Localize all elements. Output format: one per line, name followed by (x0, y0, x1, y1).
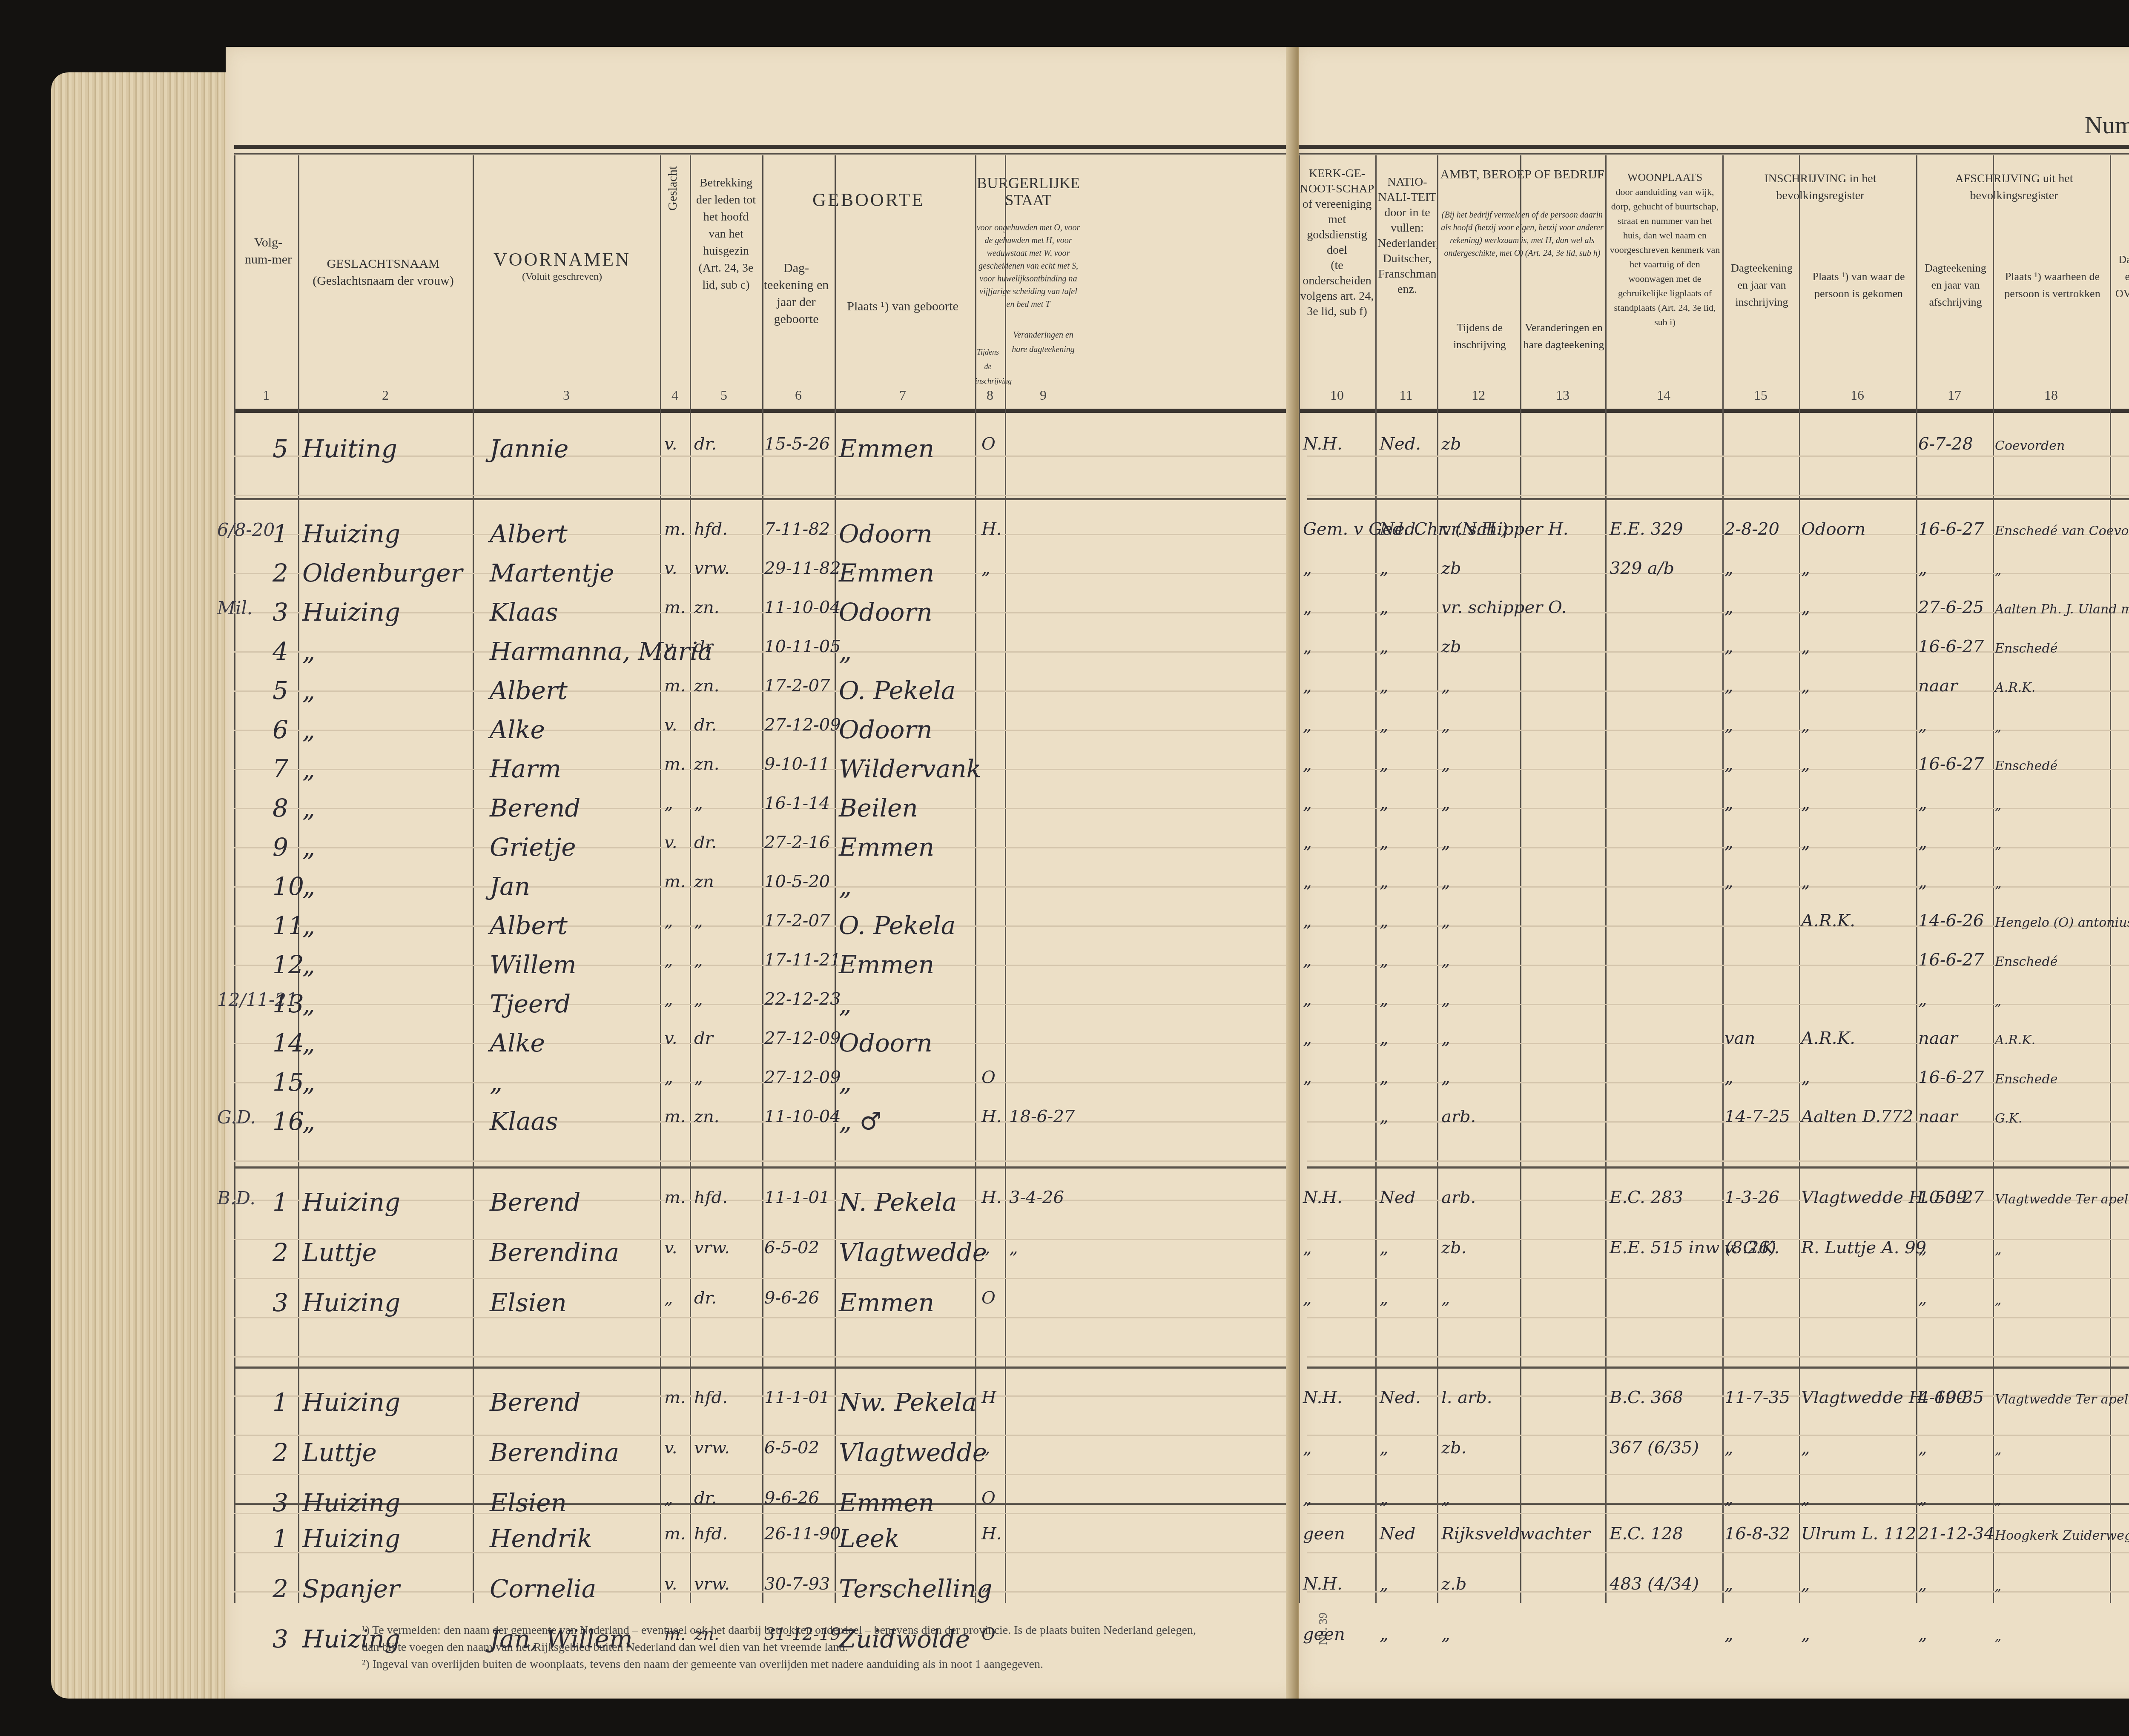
cell-achternaam: Huizing (302, 1624, 400, 1653)
cell-achternaam: Huizing (302, 1388, 400, 1417)
cell-bs: O (981, 1068, 996, 1087)
cell-inschr-datum: „ (1724, 1068, 1733, 1087)
column-number: 18 (2038, 387, 2064, 403)
cell-afschr-plaats: „ (1995, 563, 2002, 578)
cell-geb-plaats: „ (839, 1068, 852, 1097)
cell-kerk: geen (1303, 1524, 1345, 1544)
ruling-line (234, 1278, 1290, 1279)
cell-inschr-plaats: „ (1801, 872, 1810, 891)
cell-inschr-datum: v. G.K. (1724, 1238, 1779, 1258)
cell-achternaam: „ (302, 1068, 315, 1097)
cell-nat: Ned (1380, 1524, 1415, 1544)
cell-beroep: arb. (1441, 1188, 1476, 1207)
cell-voornamen: Jannie (490, 434, 568, 463)
cell-inschr-plaats: A.R.K. (1801, 911, 1855, 931)
cell-woonplaats: 367 (6/35) (1610, 1438, 1699, 1458)
ruling-line (1307, 1474, 2129, 1475)
cell-betrekking: hfd. (694, 1188, 728, 1207)
cell-afschr-plaats: „ (1995, 876, 2002, 891)
cell-afschr-datum: naar (1918, 1107, 1958, 1126)
cell-nat: „ (1380, 1028, 1389, 1048)
cell-afschr-plaats: Aalten Ph. J. Uland molendijk (1995, 602, 2129, 617)
cell-beroep: arb. (1441, 1107, 1476, 1126)
cell-bs: H. (981, 1188, 1002, 1207)
cell-bs: O (981, 434, 996, 454)
cell-kerk: N.H. (1303, 1188, 1343, 1207)
cell-beroep: „ (1441, 872, 1450, 891)
col7-header: Plaats ¹) van geboorte (835, 298, 971, 315)
left-page: Volg-num-mer GESLACHTSNAAM(Geslachtsnaam… (226, 47, 1299, 1699)
cell-inschr-plaats: Odoorn (1801, 519, 1865, 539)
column-divider (2110, 155, 2111, 1603)
cell-afschr-plaats: „ (1995, 1629, 2002, 1644)
cell-inschr-plaats: „ (1801, 598, 1810, 617)
cell-nr: 2 (273, 559, 288, 587)
cell-afschr-plaats: „ (1995, 1442, 2002, 1457)
ruling-line (1307, 573, 2129, 574)
cell-woonplaats: E.E. 329 (1610, 519, 1683, 539)
cell-afschr-plaats: Enschedé van Coevordenstr. 8 (1995, 524, 2129, 539)
cell-geb-datum: 31-12-19 (764, 1624, 841, 1644)
cell-nr: 5 (273, 676, 288, 705)
cell-beroep: „ (1441, 1624, 1450, 1644)
cell-nr: 1 (273, 1188, 288, 1217)
cell-geslacht: „ (664, 911, 673, 931)
column-number: 14 (1651, 387, 1676, 403)
cell-inschr-plaats: Aalten D.772 (1801, 1107, 1913, 1126)
cell-voornamen: Elsien (490, 1488, 567, 1517)
cell-geslacht: „ (664, 989, 673, 1009)
cell-afschr-plaats: A.R.K. (1995, 1033, 2035, 1048)
cell-afschr-plaats: Enschedé (1995, 641, 2057, 656)
cell-achternaam: „ (302, 989, 315, 1018)
cell-achternaam: „ (302, 950, 315, 979)
cell-achternaam: Huiting (302, 434, 397, 463)
cell-achternaam: „ (302, 794, 315, 822)
cell-nr: 8 (273, 794, 288, 822)
cell-bs: H. (981, 1524, 1002, 1544)
cell-geb-datum: 6-5-02 (764, 1438, 819, 1458)
cell-geb-plaats: Vlagtwedde (839, 1438, 987, 1467)
cell-afschr-plaats: „ (1995, 1242, 2002, 1257)
cell-geb-datum: 29-11-82 (764, 559, 841, 578)
cell-geb-datum: 9-6-26 (764, 1488, 819, 1508)
cell-geb-plaats: Terschelling (839, 1574, 992, 1603)
cell-afschr-datum: 10-3-27 (1918, 1188, 1984, 1207)
cell-nat: „ (1380, 715, 1389, 735)
cell-voornamen: Berend (490, 794, 580, 822)
cell-beroep: vr. schipper O. (1441, 598, 1567, 617)
column-divider (690, 155, 691, 1603)
cell-beroep: zb (1441, 637, 1461, 656)
cell-voornamen: Willem (490, 950, 577, 979)
cell-geslacht: „ (664, 1288, 673, 1308)
cell-afschr-plaats: Vlagtwedde Ter apelkanaal H 964 (1995, 1392, 2129, 1407)
col13-header: Veranderingen en hare dagteekening (1522, 319, 1605, 353)
sheet-number-label: Nummer van het blad (2085, 111, 2129, 139)
cell-geslacht: v. (664, 559, 677, 578)
cell-inschr-plaats: „ (1801, 1624, 1810, 1644)
cell-margin: Mil. (217, 598, 252, 619)
cell-geslacht: m. (664, 1188, 686, 1207)
column-divider (975, 155, 976, 1603)
cell-nr: 3 (273, 1488, 288, 1517)
cell-afschr-datum: 16-6-27 (1918, 519, 1984, 539)
afschrijving-group-header: AFSCHRIJVING uit het bevolkingsregister (1918, 170, 2110, 204)
ruling-line (1307, 886, 2129, 888)
cell-voornamen: Jan, Willem (490, 1624, 633, 1653)
cell-geb-datum: 11-10-04 (764, 598, 841, 617)
cell-voornamen: Alke (490, 1028, 545, 1057)
column-divider (1799, 155, 1800, 1603)
cell-inschr-plaats: A.R.K. (1801, 1028, 1855, 1048)
cell-inschr-plaats: „ (1801, 1488, 1810, 1508)
cell-afschr-datum: „ (1918, 559, 1927, 578)
cell-geslacht: „ (664, 1488, 673, 1508)
cell-inschr-datum: „ (1724, 754, 1733, 774)
cell-geb-datum: 11-10-04 (764, 1107, 841, 1126)
cell-geb-plaats: „ (839, 989, 852, 1018)
cell-inschr-datum: „ (1724, 1574, 1733, 1594)
cell-betrekking: zn. (694, 676, 720, 696)
col12-header: Tijdens de inschrijving (1439, 319, 1520, 353)
cell-nat: „ (1380, 950, 1389, 970)
cell-beroep: „ (1441, 1068, 1450, 1087)
cell-afschr-datum: „ (1918, 872, 1927, 891)
cell-nr: 4 (273, 637, 288, 666)
column-divider (1916, 155, 1917, 1603)
ruling-line (234, 1474, 1290, 1475)
cell-achternaam: Huizing (302, 1524, 400, 1553)
cell-achternaam: Huizing (302, 1288, 400, 1317)
cell-voornamen: Albert (490, 676, 568, 705)
cell-bs: „ (981, 1574, 990, 1594)
col1-header: Volg-num-mer (243, 234, 294, 268)
cell-nr: 13 (273, 989, 304, 1018)
ruling-line (234, 495, 1290, 496)
cell-voornamen: Grietje (490, 833, 576, 862)
cell-margin: 6/8-20 (217, 519, 275, 540)
cell-voornamen: Albert (490, 519, 568, 548)
ruling-line (1307, 1278, 2129, 1279)
cell-beroep: zb (1441, 559, 1461, 578)
cell-margin: G.D. (217, 1107, 256, 1128)
ruling-line (1307, 847, 2129, 848)
cell-achternaam: Luttje (302, 1238, 377, 1267)
cell-voornamen: Klaas (490, 598, 558, 627)
cell-betrekking: hfd. (694, 1524, 728, 1544)
ruling-line (234, 690, 1290, 692)
cell-nr: 15 (273, 1068, 304, 1097)
cell-nat: „ (1380, 794, 1389, 813)
cell-achternaam: Huizing (302, 1488, 400, 1517)
cell-geslacht: v. (664, 637, 677, 656)
cell-voornamen: Berendina (490, 1438, 619, 1467)
inschrijving-group-header: INSCHRIJVING in het bevolkingsregister (1724, 170, 1916, 204)
cell-inschr-plaats: „ (1801, 1574, 1810, 1594)
cell-geb-plaats: Emmen (839, 559, 934, 587)
cell-nr: 10 (273, 872, 304, 901)
ruling-line (1307, 808, 2129, 809)
cell-beroep: zb. (1441, 1238, 1466, 1258)
cell-geslacht: m. (664, 598, 686, 617)
cell-kerk: „ (1303, 1288, 1312, 1308)
cell-afschr-datum: „ (1918, 1238, 1927, 1258)
cell-geb-plaats: Beilen (839, 794, 918, 822)
cell-inschr-datum: 16-8-32 (1724, 1524, 1790, 1544)
cell-betrekking: dr. (694, 715, 717, 735)
cell-inschr-plaats: „ (1801, 833, 1810, 852)
cell-betrekking: dr (694, 637, 713, 656)
cell-woonplaats: E.C. 283 (1610, 1188, 1683, 1207)
page-stack-left (51, 72, 230, 1699)
cell-kerk: geen (1303, 1624, 1345, 1644)
cell-geb-datum: 11-1-01 (764, 1188, 830, 1207)
cell-inschr-plaats: „ (1801, 559, 1810, 578)
cell-afschr-plaats: „ (1995, 719, 2002, 734)
ruling-line (1307, 1552, 2129, 1553)
col9-header: Veranderingen en hare dagteekening (1005, 328, 1082, 357)
cell-kerk: „ (1303, 715, 1312, 735)
col5-header: Betrekking der leden tot het hoofd van h… (694, 175, 758, 294)
cell-afschr-datum: 16-6-27 (1918, 1068, 1984, 1087)
column-number: 17 (1942, 387, 1967, 403)
col19-header: Dagteekening en jaar van OVERLIJDEN ²) (2112, 251, 2129, 319)
cell-nat: „ (1380, 754, 1389, 774)
cell-kerk: „ (1303, 1068, 1312, 1087)
ruling-line (234, 1317, 1290, 1318)
right-page: 27 Nummer van het blad KERK-GE-NOOT-SCHA… (1299, 47, 2129, 1699)
cell-inschr-plaats: R. Luttje A. 99 (1801, 1238, 1926, 1258)
ruling-line (1307, 1591, 2129, 1593)
column-number: 11 (1393, 387, 1419, 403)
header-top-rule (1299, 145, 2129, 149)
cell-geb-plaats: Leek (839, 1524, 899, 1553)
cell-betrekking: zn. (694, 598, 720, 617)
cell-betrekking: hfd. (694, 1388, 728, 1407)
cell-beroep: „ (1441, 950, 1450, 970)
cell-afschr-datum: naar (1918, 1028, 1958, 1048)
cell-geb-datum: 7-11-82 (764, 519, 830, 539)
column-number: 7 (890, 387, 915, 403)
cell-margin: B.D. (217, 1188, 255, 1209)
cell-voornamen: Hendrik (490, 1524, 592, 1553)
cell-beroep: „ (1441, 1028, 1450, 1048)
cell-bs: „ (981, 1238, 990, 1258)
cell-geb-plaats: Emmen (839, 1288, 934, 1317)
cell-afschr-datum: „ (1918, 833, 1927, 852)
ruling-line (1307, 1004, 2129, 1005)
cell-voornamen: Harm (490, 754, 561, 783)
cell-beroep: l. arb. (1441, 1388, 1492, 1407)
cell-achternaam: „ (302, 872, 315, 901)
cell-nat: „ (1380, 559, 1389, 578)
column-number: 13 (1550, 387, 1575, 403)
cell-betrekking: „ (694, 950, 703, 970)
cell-geb-datum: 9-10-11 (764, 754, 830, 774)
household-separator (1307, 1366, 2129, 1369)
cell-voornamen: Albert (490, 911, 568, 940)
cell-inschr-plaats: „ (1801, 1438, 1810, 1458)
cell-inschr-datum: „ (1724, 715, 1733, 735)
cell-geslacht: m. (664, 1624, 686, 1644)
cell-beroep: zb (1441, 434, 1461, 454)
cell-nat: „ (1380, 833, 1389, 852)
cell-betrekking: dr. (694, 1288, 717, 1308)
column-divider (1005, 155, 1006, 1603)
column-divider (1437, 155, 1438, 1603)
column-number: 3 (554, 387, 579, 403)
cell-geb-datum: 15-5-26 (764, 434, 830, 454)
cell-kerk: „ (1303, 794, 1312, 813)
cell-beroep: „ (1441, 676, 1450, 696)
burgerlijke-staat-note: voor ongehuwden met O, voor de gehuwden … (975, 221, 1082, 311)
cell-nr: 14 (273, 1028, 304, 1057)
cell-geb-datum: 22-12-23 (764, 989, 841, 1009)
ruling-line (234, 925, 1290, 927)
column-divider (1520, 155, 1521, 1603)
cell-afschr-plaats: „ (1995, 798, 2002, 813)
ruling-line (1307, 1435, 2129, 1436)
cell-kerk: „ (1303, 1488, 1312, 1508)
cell-inschr-plaats: „ (1801, 1068, 1810, 1087)
cell-nat: „ (1380, 1068, 1389, 1087)
cell-inschr-plaats: „ (1801, 715, 1810, 735)
cell-beroep: „ (1441, 1488, 1450, 1508)
column-divider (1375, 155, 1377, 1603)
header-top-rule-thin (234, 153, 1299, 155)
cell-nr: 1 (273, 519, 288, 548)
ruling-line (234, 1004, 1290, 1005)
cell-bs: H. (981, 519, 1002, 539)
cell-nr: 7 (273, 754, 288, 783)
cell-geb-datum: 26-11-90 (764, 1524, 841, 1544)
cell-woonplaats: 483 (4/34) (1610, 1574, 1699, 1594)
cell-geb-datum: 17-2-07 (764, 676, 830, 696)
cell-beroep: z.b (1441, 1574, 1466, 1594)
col17-header: Dagteekening en jaar van afschrijving (1918, 260, 1993, 311)
cell-kerk: „ (1303, 1028, 1312, 1048)
ruling-line (234, 886, 1290, 888)
cell-kerk: N.H. (1303, 434, 1343, 454)
cell-afschr-plaats: G.K. (1995, 1111, 2022, 1126)
cell-voornamen: Cornelia (490, 1574, 596, 1603)
cell-geb-plaats: Zuidwolde (839, 1624, 970, 1653)
column-number: 9 (1030, 387, 1056, 403)
cell-geslacht: m. (664, 754, 686, 774)
cell-geslacht: „ (664, 950, 673, 970)
cell-afschr-datum: naar (1918, 676, 1958, 696)
cell-bs: O (981, 1488, 996, 1508)
ruling-line (1307, 1160, 2129, 1162)
column-number: 15 (1748, 387, 1773, 403)
cell-kerk: „ (1303, 833, 1312, 852)
cell-nat: „ (1380, 872, 1389, 891)
cell-afschr-plaats: Coevorden (1995, 438, 2065, 453)
cell-geb-plaats: Odoorn (839, 1028, 933, 1057)
cell-geb-plaats: „ ♂ (839, 1107, 881, 1136)
cell-achternaam: „ (302, 1107, 315, 1136)
cell-nr: 16 (273, 1107, 304, 1136)
cell-geb-datum: 27-12-09 (764, 1068, 841, 1087)
cell-achternaam: „ (302, 637, 315, 666)
cell-nr: 11 (273, 911, 304, 940)
ruling-line (234, 730, 1290, 731)
cell-afschr-plaats: „ (1995, 1578, 2002, 1593)
cell-afschr-plaats: Enschedé (1995, 954, 2057, 969)
column-number: 1 (253, 387, 279, 403)
cell-beroep: „ (1441, 754, 1450, 774)
cell-betrekking: vrw. (694, 1238, 730, 1258)
cell-inschr-datum: „ (1724, 676, 1733, 696)
cell-nat: „ (1380, 1624, 1389, 1644)
ruling-line (234, 1435, 1290, 1436)
cell-nat: Ned. (1380, 519, 1421, 539)
ruling-line (234, 847, 1290, 848)
cell-beroep: „ (1441, 1288, 1450, 1308)
cell-kerk: „ (1303, 1438, 1312, 1458)
cell-inschr-datum: „ (1724, 1438, 1733, 1458)
cell-nr: 2 (273, 1438, 288, 1467)
cell-nr: 1 (273, 1524, 288, 1553)
cell-achternaam: Huizing (302, 598, 400, 627)
column-number: 2 (373, 387, 398, 403)
column-divider (660, 155, 661, 1603)
cell-geslacht: m. (664, 519, 686, 539)
ruling-line (1307, 1317, 2129, 1318)
ruling-line (234, 1356, 1290, 1358)
cell-nat: „ (1380, 1574, 1389, 1594)
cell-achternaam: „ (302, 676, 315, 705)
cell-nr: 2 (273, 1574, 288, 1603)
cell-voornamen: Jan (490, 872, 530, 901)
ruling-line (234, 1121, 1290, 1123)
cell-nat: Ned (1380, 1188, 1415, 1207)
household-separator (1307, 1503, 2129, 1505)
cell-woonplaats: E.C. 128 (1610, 1524, 1683, 1544)
cell-geslacht: v. (664, 833, 677, 852)
cell-geslacht: „ (664, 794, 673, 813)
cell-afschr-datum: „ (1918, 1488, 1927, 1508)
col2-header: GESLACHTSNAAM(Geslachtsnaam der vrouw) (298, 255, 468, 289)
cell-betrekking: „ (694, 989, 703, 1009)
cell-beroep: „ (1441, 715, 1450, 735)
geboorte-group-header: GEBOORTE (766, 192, 971, 209)
cell-kerk: „ (1303, 911, 1312, 931)
cell-achternaam: „ (302, 911, 315, 940)
ruling-line (234, 651, 1290, 653)
cell-achternaam: Huizing (302, 1188, 400, 1217)
col6-header: Dag-teekening en jaar der geboorte (762, 260, 830, 328)
cell-geb-plaats: Emmen (839, 950, 934, 979)
cell-voornamen: Berend (490, 1188, 580, 1217)
cell-nr: 12 (273, 950, 304, 979)
cell-afschr-plaats: „ (1995, 1292, 2002, 1307)
ambt-note: (Bij het bedrijf vermelden of de persoon… (1439, 209, 1605, 260)
cell-beroep: vr. schipper H. (1441, 519, 1569, 539)
cell-betrekking: dr (694, 1028, 713, 1048)
cell-betrekking: dr. (694, 833, 717, 852)
cell-nat: „ (1380, 911, 1389, 931)
cell-geb-plaats: Emmen (839, 434, 934, 463)
cell-kerk: „ (1303, 754, 1312, 774)
cell-inschr-datum: „ (1724, 559, 1733, 578)
cell-beroep: zb. (1441, 1438, 1466, 1458)
cell-inschr-datum: „ (1724, 872, 1733, 891)
cell-bs-wijz: „ (1009, 1238, 1018, 1258)
cell-nat: „ (1380, 1107, 1389, 1126)
cell-achternaam: Luttje (302, 1438, 377, 1467)
